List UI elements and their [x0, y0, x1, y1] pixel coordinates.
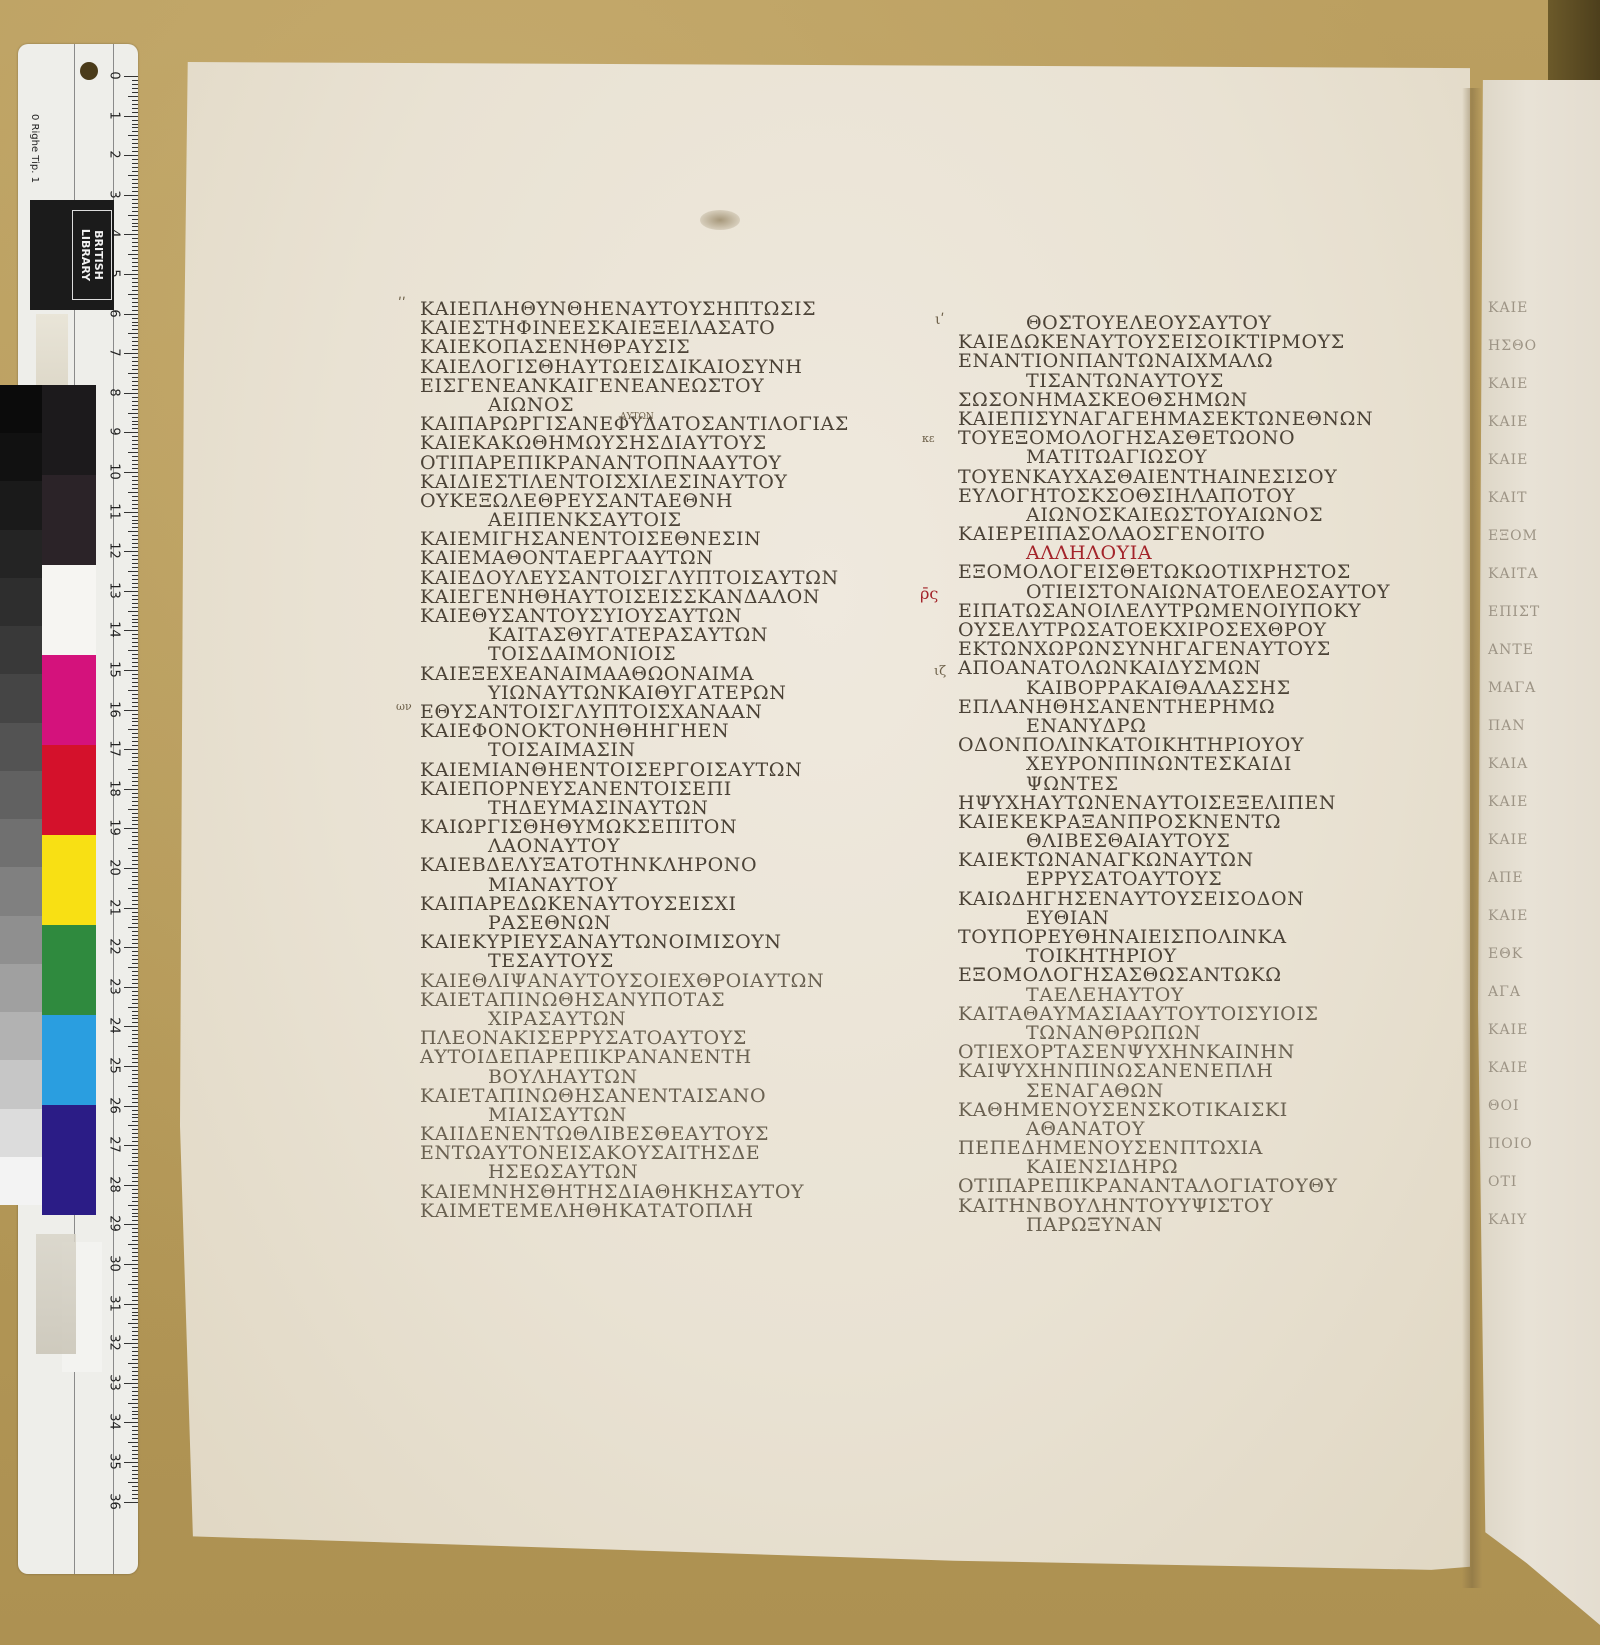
next-page-text-fragment: ΘΟΙ — [1488, 1098, 1520, 1114]
ruler-mm-tick — [128, 1284, 138, 1285]
ruler-mm-tick — [132, 1391, 138, 1392]
ruler-mm-tick — [132, 1327, 138, 1328]
gray-patch — [0, 1109, 42, 1157]
ruler-cm-label: 8 — [107, 380, 122, 404]
ruler-mm-tick — [132, 1094, 138, 1095]
ruler-mm-tick — [132, 844, 138, 845]
ruler-mm-tick — [132, 547, 138, 548]
manuscript-line: ΚΑΙΕΜΙΑΝΘΗΕΝΤΟΙΣΕΡΓΟΙΣΑΥΤΩΝ — [420, 761, 849, 780]
ruler-cm-tick — [124, 551, 138, 552]
next-page-text-fragment: ΕΞΟΜ — [1488, 528, 1538, 544]
manuscript-line: ΚΑΙΩΡΓΙΣΘΗΘΥΜΩΚΣΕΠΙΤΟΝ — [420, 818, 849, 837]
manuscript-line: ΚΑΙΠΑΡΕΔΩΚΕΝΑΥΤΟΥΣΕΙΣΧΙ — [420, 895, 849, 914]
ruler-cm-tick — [124, 710, 138, 711]
ruler-cm-tick — [124, 512, 138, 513]
ruler-mm-tick — [132, 1260, 138, 1261]
ruler-mm-tick — [132, 1074, 138, 1075]
ruler-mm-tick — [132, 824, 138, 825]
next-page-text-fragment: ΚΑΙΕ — [1488, 832, 1528, 848]
ruler-mm-tick — [132, 579, 138, 580]
ruler-mm-tick — [132, 813, 138, 814]
ruler-mm-tick — [128, 492, 138, 493]
ruler-cm-label: 26 — [107, 1093, 122, 1117]
manuscript-line: ΚΑΙΕΚΑΚΩΘΗΜΩΥΣΗΣΔΙΑΥΤΟΥΣ — [420, 434, 849, 453]
ruler-mm-tick — [132, 694, 138, 695]
ruler-hanging-hole — [80, 62, 98, 80]
ruler-mm-tick — [132, 1355, 138, 1356]
ruler-mm-tick — [132, 702, 138, 703]
ruler-mm-tick — [132, 979, 138, 980]
ruler-mm-tick — [132, 1153, 138, 1154]
ruler-cm-tick — [124, 1502, 138, 1503]
gray-patch — [0, 433, 42, 481]
ruler-mm-tick — [132, 1121, 138, 1122]
manuscript-line: ΕΡΡΥΣΑΤΟΑΥΤΟΥΣ — [958, 870, 1390, 889]
ruler-mm-tick — [132, 329, 138, 330]
ruler-mm-tick — [132, 143, 138, 144]
manuscript-line: ΤΟΙΣΑΙΜΑΣΙΝ — [420, 741, 849, 760]
manuscript-line: ΚΑΙΕΡΕΙΠΑΣΟΛΑΟΣΓΕΝΟΙΤΟ — [958, 525, 1390, 544]
ruler-mm-tick — [132, 405, 138, 406]
ruler-cm-tick — [124, 155, 138, 156]
ruler-mm-tick — [132, 543, 138, 544]
ruler-mm-tick — [132, 282, 138, 283]
next-page-text-fragment: ΠΑΝ — [1488, 718, 1526, 734]
ruler-mm-tick — [132, 337, 138, 338]
ruler-mm-tick — [132, 567, 138, 568]
next-page-text-fragment: ΑΓΑ — [1488, 984, 1521, 1000]
ruler-mm-tick — [132, 832, 138, 833]
manuscript-line: ΤΑΕΛΕΗΑΥΤΟΥ — [958, 986, 1390, 1005]
ruler-mm-tick — [132, 480, 138, 481]
manuscript-line: ΤΟΙΣΔΑΙΜΟΝΙΟΙΣ — [420, 645, 849, 664]
ruler-mm-tick — [132, 496, 138, 497]
ruler-mm-tick — [132, 1367, 138, 1368]
ruler-mm-tick — [132, 349, 138, 350]
ruler-mm-tick — [128, 254, 138, 255]
ruler-mm-tick — [132, 1050, 138, 1051]
next-page-text-fragment: ΚΑΙΕ — [1488, 414, 1528, 430]
ruler-mm-tick — [132, 1296, 138, 1297]
next-page-text-fragment: ΚΑΙΕ — [1488, 300, 1528, 316]
ruler-mm-tick — [132, 599, 138, 600]
ruler-mm-tick — [132, 714, 138, 715]
next-page-text-fragment: ΚΑΙΕ — [1488, 1022, 1528, 1038]
manuscript-line: ΚΑΙΜΕΤΕΜΕΛΗΘΗΚΑΤΑΤΟΠΛΗ — [420, 1202, 849, 1221]
ruler-mm-tick — [132, 615, 138, 616]
gray-patch — [0, 819, 42, 867]
manuscript-line: ΚΑΙΕΘΛΙΨΑΝΑΥΤΟΥΣΟΙΕΧΘΡΟΙΑΥΤΩΝ — [420, 972, 849, 991]
ruler-mm-tick — [132, 341, 138, 342]
ruler-mm-tick — [128, 452, 138, 453]
ruler-mm-tick — [132, 900, 138, 901]
ruler-mm-tick — [132, 864, 138, 865]
ruler-mm-tick — [132, 1292, 138, 1293]
ruler-cm-tick — [124, 1422, 138, 1423]
ruler-mm-tick — [132, 147, 138, 148]
manuscript-line: ΚΑΙΕΛΟΓΙΣΘΗΑΥΤΩΕΙΣΔΙΚΑΙΟΣΥΝΗ — [420, 358, 849, 377]
ruler-mm-tick — [132, 238, 138, 239]
ruler-mm-tick — [128, 927, 138, 928]
ruler-mm-tick — [132, 1399, 138, 1400]
ruler-mm-tick — [132, 1078, 138, 1079]
ruler-cm-label: 20 — [107, 856, 122, 880]
ruler-mm-tick — [132, 1280, 138, 1281]
ruler-mm-tick — [132, 120, 138, 121]
ruler-mm-tick — [132, 191, 138, 192]
manuscript-line: ΤΕΣΑΥΤΟΥΣ — [420, 952, 849, 971]
manuscript-line: ΚΑΙΒΟΡΡΑΚΑΙΘΑΛΑΣΣΗΣ — [958, 679, 1390, 698]
psalm-number: ρ̄ς — [920, 584, 938, 603]
ruler-cm-label: 11 — [107, 499, 122, 523]
ruler-mm-tick — [132, 896, 138, 897]
ruler-mm-tick — [132, 1090, 138, 1091]
ruler-mm-tick — [132, 1308, 138, 1309]
ruler-mm-tick — [132, 468, 138, 469]
ruler-cm-tick — [124, 1066, 138, 1067]
manuscript-line: ΟΤΙΕΙΣΤΟΝΑΙΩΝΑΤΟΕΛΕΟΣΑΥΤΟΥ — [958, 583, 1390, 602]
ruler-cm-tick — [124, 789, 138, 790]
ruler-cm-label: 35 — [107, 1450, 122, 1474]
manuscript-line: ΕΥΛΟΓΗΤΟΣΚΣΟΘΣΙΗΛΑΠΟΤΟΥ — [958, 487, 1390, 506]
manuscript-line: ΚΑΙΨΥΧΗΝΠΙΝΩΣΑΝΕΝΕΠΛΗ — [958, 1062, 1390, 1081]
ruler-cm-label: 27 — [107, 1133, 122, 1157]
ruler-mm-tick — [128, 175, 138, 176]
manuscript-line: ΚΑΙΕΚΟΠΑΣΕΝΗΘΡΑΥΣΙΣ — [420, 338, 849, 357]
ruler-mm-tick — [132, 242, 138, 243]
ruler-mm-tick — [132, 686, 138, 687]
ruler-mm-tick — [132, 725, 138, 726]
ruler-mm-tick — [132, 207, 138, 208]
manuscript-line: ΗΣΕΩΣΑΥΤΩΝ — [420, 1163, 849, 1182]
ruler-cm-tick — [124, 1026, 138, 1027]
ruler-mm-tick — [132, 733, 138, 734]
ruler-mm-tick — [132, 286, 138, 287]
ruler-mm-tick — [128, 1086, 138, 1087]
ruler-cm-label: 25 — [107, 1054, 122, 1078]
ruler-mm-tick — [132, 638, 138, 639]
ruler-mm-tick — [132, 963, 138, 964]
ruler-mm-tick — [132, 801, 138, 802]
ruler-mm-tick — [132, 995, 138, 996]
ruler-mm-tick — [128, 135, 138, 136]
ruler-mm-tick — [132, 741, 138, 742]
ruler-mm-tick — [132, 674, 138, 675]
ruler-mm-tick — [132, 1407, 138, 1408]
ruler-mm-tick — [132, 1478, 138, 1479]
ruler-cm-tick — [124, 1185, 138, 1186]
ruler-cm-label: 32 — [107, 1331, 122, 1355]
ruler-mm-tick — [132, 440, 138, 441]
next-page-text-fragment: ΚΑΙΑ — [1488, 756, 1528, 772]
ruler-mm-tick — [132, 424, 138, 425]
ruler-mm-tick — [132, 1490, 138, 1491]
ruler-cm-label: 2 — [107, 143, 122, 167]
ruler-mm-tick — [132, 322, 138, 323]
manuscript-line: ΚΑΙΔΙΕΣΤΙΛΕΝΤΟΙΣΧΙΛΕΣΙΝΑΥΤΟΥ — [420, 473, 849, 492]
manuscript-line: ΕΞΟΜΟΛΟΓΗΣΑΣΘΩΣΑΝΤΩΚΩ — [958, 966, 1390, 985]
manuscript-line: ΚΑΙΕΜΝΗΣΘΗΤΗΣΔΙΑΘΗΚΗΣΑΥΤΟΥ — [420, 1183, 849, 1202]
ruler-cm-label: 13 — [107, 578, 122, 602]
ruler-mm-tick — [132, 250, 138, 251]
manuscript-line: ΟΤΙΠΑΡΕΠΙΚΡΑΝΑΝΤΟΠΝΑΑΥΤΟΥ — [420, 454, 849, 473]
ruler-mm-tick — [132, 1042, 138, 1043]
ruler-mm-tick — [132, 1288, 138, 1289]
ruler-mm-tick — [132, 939, 138, 940]
ruler-mm-tick — [132, 607, 138, 608]
ruler-mm-tick — [132, 951, 138, 952]
manuscript-line: ΚΑΙΩΔΗΓΗΣΕΝΑΥΤΟΥΣΕΙΣΟΔΟΝ — [958, 890, 1390, 909]
ruler-mm-tick — [132, 488, 138, 489]
ruler-mm-tick — [132, 1181, 138, 1182]
ruler-mm-tick — [128, 333, 138, 334]
ruler-mm-tick — [128, 1046, 138, 1047]
ruler-mm-tick — [132, 872, 138, 873]
ruler-mm-tick — [132, 622, 138, 623]
ruler-mm-tick — [128, 967, 138, 968]
color-patch-magenta — [42, 655, 96, 745]
ruler-mm-tick — [132, 919, 138, 920]
ruler-mm-tick — [132, 1209, 138, 1210]
ruler-cm-tick — [124, 749, 138, 750]
ruler-mm-tick — [132, 904, 138, 905]
ruler-mm-tick — [132, 583, 138, 584]
ruler-mm-tick — [132, 935, 138, 936]
ruler-mm-tick — [128, 294, 138, 295]
ruler-mm-tick — [132, 737, 138, 738]
british-library-label: BRITISH LIBRARY — [30, 200, 114, 310]
ruler-mm-tick — [132, 226, 138, 227]
ruler-cm-tick — [124, 1462, 138, 1463]
ruler-mm-tick — [132, 1082, 138, 1083]
ruler-mm-tick — [128, 1165, 138, 1166]
manuscript-line: ΚΑΙΕΠΟΡΝΕΥΣΑΝΕΝΤΟΙΣΕΠΙ — [420, 780, 849, 799]
ruler-mm-tick — [132, 820, 138, 821]
ruler-cm-tick — [124, 1383, 138, 1384]
ruler-mm-tick — [132, 262, 138, 263]
ruler-mm-tick — [132, 88, 138, 89]
ruler-mm-tick — [132, 108, 138, 109]
ruler-cm-label: 19 — [107, 816, 122, 840]
ruler-mm-tick — [132, 836, 138, 837]
ruler-mm-tick — [132, 852, 138, 853]
gray-patch — [0, 385, 42, 433]
ruler-mm-tick — [132, 104, 138, 105]
ruler-mm-tick — [132, 1114, 138, 1115]
ruler-mm-tick — [132, 369, 138, 370]
ruler-mm-tick — [132, 500, 138, 501]
ruler-mm-tick — [132, 662, 138, 663]
ruler-mm-tick — [132, 151, 138, 152]
ruler-mm-tick — [132, 80, 138, 81]
ruler-mm-tick — [132, 718, 138, 719]
ruler-mm-tick — [132, 1216, 138, 1217]
ruler-mm-tick — [128, 531, 138, 532]
british-library-logo-box: BRITISH LIBRARY — [72, 210, 112, 300]
manuscript-line: ΚΑΙΕΞΕΧΕΑΝΑΙΜΑΑΘΩΟΝΑΙΜΑ — [420, 665, 849, 684]
ruler-mm-tick — [128, 729, 138, 730]
ruler-mm-tick — [132, 1137, 138, 1138]
ruler-mm-tick — [132, 1058, 138, 1059]
ruler-mm-tick — [132, 1228, 138, 1229]
ruler-mm-tick — [132, 1379, 138, 1380]
ruler-mm-tick — [132, 1173, 138, 1174]
ruler-mm-tick — [132, 1149, 138, 1150]
manuscript-line: ΜΑΤΙΤΩΑΓΙΩΣΟΥ — [958, 448, 1390, 467]
ruler-mm-tick — [132, 1319, 138, 1320]
manuscript-line: ΚΑΙΕΤΑΠΙΝΩΘΗΣΑΝΕΝΤΑΙΣΑΝΟ — [420, 1087, 849, 1106]
ruler-mm-tick — [132, 535, 138, 536]
ruler-mm-tick — [132, 1272, 138, 1273]
ruler-mm-tick — [132, 931, 138, 932]
ruler-cm-label: 9 — [107, 420, 122, 444]
manuscript-line: ΕΝΑΝΤΙΟΝΠΑΝΤΩΝΑΙΧΜΑΛΩ — [958, 352, 1390, 371]
ruler-cm-label: 0 — [107, 64, 122, 88]
ruler-mm-tick — [132, 999, 138, 1000]
gray-patch — [0, 916, 42, 964]
manuscript-line: ΠΑΡΩΞΥΝΑΝ — [958, 1216, 1390, 1235]
ruler-mm-tick — [132, 1494, 138, 1495]
ruler-mm-tick — [132, 520, 138, 521]
ruler-mm-tick — [132, 777, 138, 778]
ruler-mm-tick — [132, 1252, 138, 1253]
ruler-mm-tick — [132, 658, 138, 659]
ruler-mm-tick — [132, 361, 138, 362]
manuscript-line: ΚΑΙΕΜΑΘΟΝΤΑΕΡΓΑΑΥΤΩΝ — [420, 549, 849, 568]
ruler-mm-tick — [128, 1363, 138, 1364]
ruler-cm-tick — [124, 987, 138, 988]
gray-patch — [0, 1060, 42, 1108]
british-library-logo-text: BRITISH LIBRARY — [79, 229, 105, 281]
next-page-text-fragment: ΠΟΙΟ — [1488, 1136, 1533, 1152]
ruler-mm-tick — [132, 761, 138, 762]
ruler-mm-tick — [132, 587, 138, 588]
ruler-mm-tick — [132, 603, 138, 604]
gray-patch — [0, 530, 42, 578]
ruler-cm-tick — [124, 314, 138, 315]
ruler-mm-tick — [132, 1098, 138, 1099]
ruler-mm-tick — [132, 456, 138, 457]
ruler-mm-tick — [132, 436, 138, 437]
ruler-cm-tick — [124, 353, 138, 354]
ruler-cm-label: 34 — [107, 1410, 122, 1434]
ruler-mm-tick — [128, 1323, 138, 1324]
ruler-mm-tick — [132, 278, 138, 279]
ruler-mm-tick — [132, 1276, 138, 1277]
ruler-mm-tick — [132, 1248, 138, 1249]
ruler-mm-tick — [132, 1331, 138, 1332]
ruler-mm-tick — [132, 971, 138, 972]
next-page-text-fragment: ΕΘΚ — [1488, 946, 1523, 962]
grayscale-chart — [0, 385, 42, 1205]
next-page-text-fragment: ΟΤΙ — [1488, 1174, 1517, 1190]
ruler-mm-tick — [132, 1022, 138, 1023]
ruler-cm-label: 21 — [107, 895, 122, 919]
ruler-mm-tick — [132, 797, 138, 798]
ruler-mm-tick — [132, 1220, 138, 1221]
ruler-mm-tick — [132, 1102, 138, 1103]
ruler-mm-tick — [132, 706, 138, 707]
ruler-mm-tick — [132, 516, 138, 517]
ruler-mm-tick — [132, 389, 138, 390]
ruler-mm-tick — [132, 765, 138, 766]
ruler-mm-tick — [132, 595, 138, 596]
gray-patch — [0, 674, 42, 722]
ruler-mm-tick — [132, 385, 138, 386]
text-column-left: ΚΑΙΕΠΛΗΘΥΝΘΗΕΝΑΥΤΟΥΣΗΠΤΩΣΙΣΚΑΙΕΣΤΗΦΙΝΕΕΣ… — [420, 300, 849, 1221]
ruler-mm-tick — [132, 943, 138, 944]
ruler-mm-tick — [132, 817, 138, 818]
ruler-mm-tick — [132, 1339, 138, 1340]
ruler-cm-tick — [124, 274, 138, 275]
gray-patch — [0, 626, 42, 674]
ruler-mm-tick — [132, 1003, 138, 1004]
manuscript-line: ΕΞΟΜΟΛΟΓΕΙΣΘΕΤΩΚΩΟΤΙΧΡΗΣΤΟΣ — [958, 563, 1390, 582]
ruler-mm-tick — [132, 1197, 138, 1198]
ruler-mm-tick — [132, 678, 138, 679]
ruler-cm-tick — [124, 670, 138, 671]
ruler-mm-tick — [132, 1268, 138, 1269]
ruler-mm-tick — [132, 1454, 138, 1455]
ruler-cm-tick — [124, 591, 138, 592]
gray-patch — [0, 964, 42, 1012]
ruler-mm-tick — [132, 417, 138, 418]
ruler-mm-tick — [132, 1201, 138, 1202]
ruler-mm-tick — [132, 626, 138, 627]
gray-patch — [0, 867, 42, 915]
ruler-mm-tick — [132, 1062, 138, 1063]
ruler-mm-tick — [128, 1007, 138, 1008]
ruler-mm-tick — [132, 1034, 138, 1035]
gray-patch — [0, 481, 42, 529]
ruler-mm-tick — [132, 84, 138, 85]
ruler-mm-tick — [132, 773, 138, 774]
ruler-cm-tick — [124, 868, 138, 869]
ruler-mm-tick — [132, 258, 138, 259]
ruler-mm-tick — [132, 1351, 138, 1352]
ruler-mm-tick — [132, 923, 138, 924]
ruler-mm-tick — [132, 1161, 138, 1162]
manuscript-line: ΚΑΙΕΤΑΠΙΝΩΘΗΣΑΝΥΠΟΤΑΣ — [420, 991, 849, 1010]
ruler-mm-tick — [132, 203, 138, 204]
ruler-mm-tick — [132, 464, 138, 465]
ruler-mm-tick — [132, 357, 138, 358]
ruler-cm-tick — [124, 1343, 138, 1344]
ruler-mm-tick — [132, 199, 138, 200]
ruler-mm-tick — [132, 1117, 138, 1118]
ruler-mm-tick — [132, 840, 138, 841]
manuscript-line: ΑΠΟΑΝΑΤΟΛΩΝΚΑΙΔΥΣΜΩΝ — [958, 659, 1390, 678]
ruler-cm-label: 22 — [107, 935, 122, 959]
color-patch-red — [42, 745, 96, 835]
ruler-mm-tick — [132, 167, 138, 168]
ruler-mm-tick — [128, 1125, 138, 1126]
ruler-cm-tick — [124, 472, 138, 473]
ruler-mm-tick — [132, 916, 138, 917]
ruler-mm-tick — [132, 1418, 138, 1419]
ruler-cm-label: 16 — [107, 697, 122, 721]
next-page-text-fragment: ΗΣΘΟ — [1488, 338, 1537, 354]
ruler-cm-tick — [124, 195, 138, 196]
ruler-cm-label: 12 — [107, 539, 122, 563]
ruler-mm-tick — [132, 555, 138, 556]
ruler-cm-tick — [124, 76, 138, 77]
ruler-mm-tick — [132, 306, 138, 307]
ruler-mm-tick — [132, 1011, 138, 1012]
ruler-mm-tick — [132, 112, 138, 113]
ruler-mm-tick — [132, 698, 138, 699]
ruler-mm-tick — [128, 611, 138, 612]
